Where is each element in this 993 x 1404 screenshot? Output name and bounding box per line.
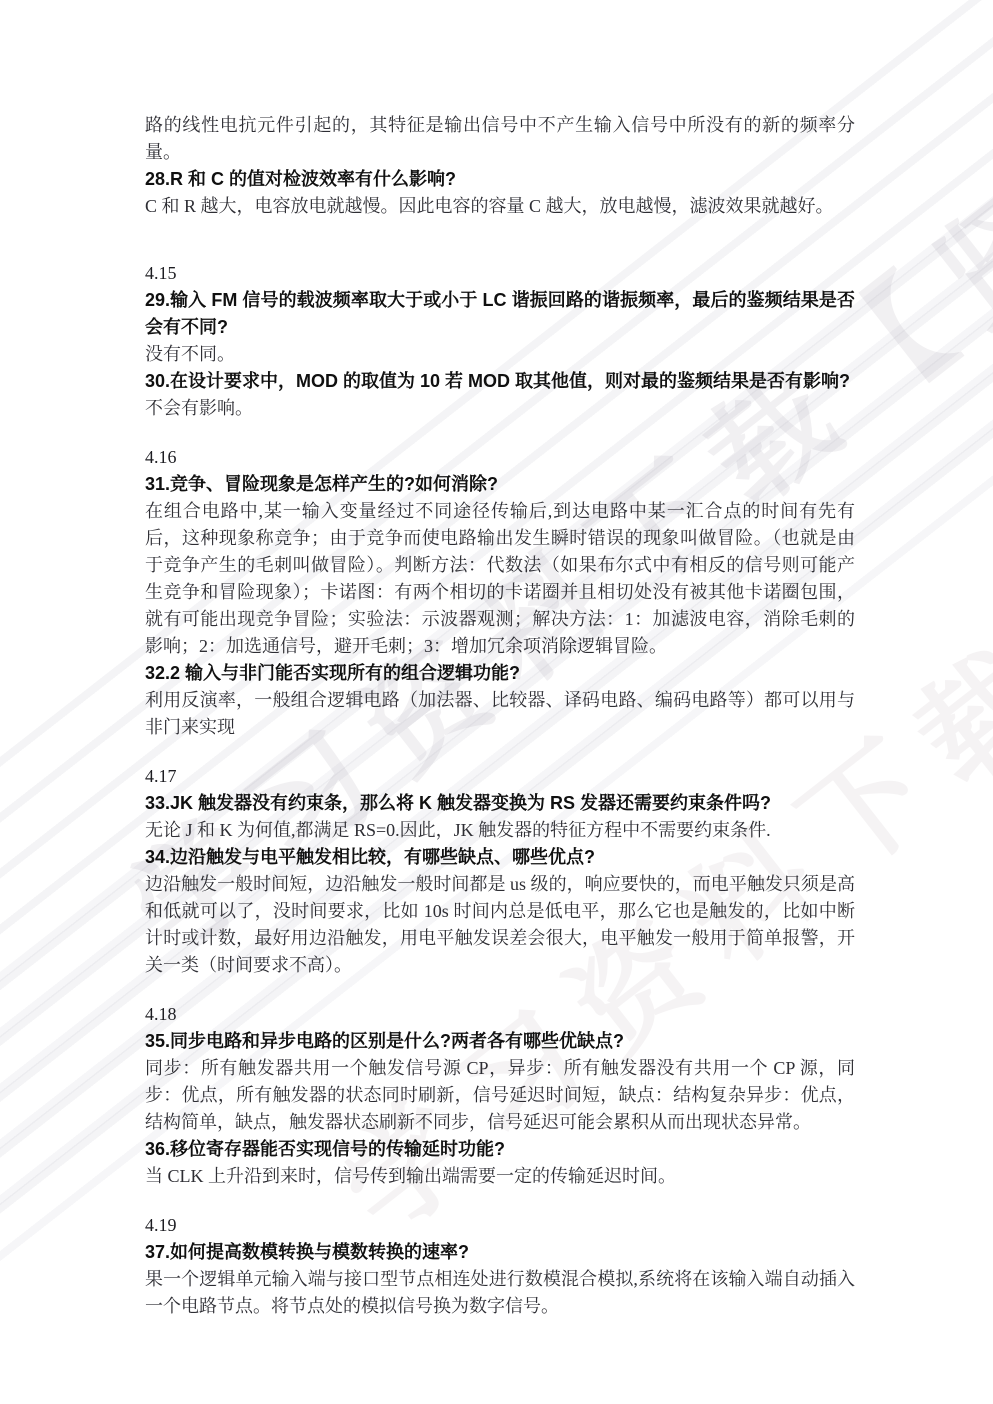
answer-paragraph: 没有不同。 bbox=[145, 341, 855, 368]
paragraph-intro: 路的线性电抗元件引起的，其特征是输出信号中不产生输入信号中所没有的新的频率分量。 bbox=[145, 112, 855, 166]
document-body: 路的线性电抗元件引起的，其特征是输出信号中不产生输入信号中所没有的新的频率分量。… bbox=[145, 112, 855, 1320]
answer-paragraph: 当 CLK 上升沿到来时，信号传到输出端需要一定的传输延迟时间。 bbox=[145, 1163, 855, 1190]
section-number: 4.17 bbox=[145, 763, 855, 790]
section-number: 4.16 bbox=[145, 444, 855, 471]
question-heading: 29.输入 FM 信号的载波频率取大于或小于 LC 谐振回路的谐振频率，最后的鉴… bbox=[145, 287, 855, 341]
question-heading: 35.同步电路和异步电路的区别是什么?两者各有哪些优缺点? bbox=[145, 1028, 855, 1055]
answer-paragraph: 同步：所有触发器共用一个触发信号源 CP，异步：所有触发器没有共用一个 CP 源… bbox=[145, 1055, 855, 1136]
question-heading: 36.移位寄存器能否实现信号的传输延时功能? bbox=[145, 1136, 855, 1163]
question-heading: 30.在设计要求中，MOD 的取值为 10 若 MOD 取其他值，则对最的鉴频结… bbox=[145, 368, 855, 395]
answer-paragraph: 利用反演率，一般组合逻辑电路（加法器、比较器、译码电路、编码电路等）都可以用与非… bbox=[145, 687, 855, 741]
answer-paragraph: 无论 J 和 K 为何值,都满足 RS=0.因此，JK 触发器的特征方程中不需要… bbox=[145, 817, 855, 844]
answer-paragraph: 边沿触发一般时间短，边沿触发一般时间都是 us 级的，响应要快的，而电平触发只须… bbox=[145, 871, 855, 979]
answer-paragraph: 在组合电路中,某一输入变量经过不同途径传输后,到达电路中某一汇合点的时间有先有后… bbox=[145, 498, 855, 660]
section-number: 4.19 bbox=[145, 1212, 855, 1239]
question-heading: 32.2 输入与非门能否实现所有的组合逻辑功能? bbox=[145, 660, 855, 687]
question-heading: 33.JK 触发器没有约束条，那么将 K 触发器变换为 RS 发器还需要约束条件… bbox=[145, 790, 855, 817]
section-4-15: 4.15 29.输入 FM 信号的载波频率取大于或小于 LC 谐振回路的谐振频率… bbox=[145, 260, 855, 422]
answer-paragraph: 果一个逻辑单元输入端与接口型节点相连处进行数模混合模拟,系统将在该输入端自动插入… bbox=[145, 1266, 855, 1320]
answer-paragraph: C 和 R 越大，电容放电就越慢。因此电容的容量 C 越大，放电越慢，滤波效果就… bbox=[145, 193, 855, 220]
section-4-18: 4.18 35.同步电路和异步电路的区别是什么?两者各有哪些优缺点? 同步：所有… bbox=[145, 1001, 855, 1190]
question-heading: 28.R 和 C 的值对检波效率有什么影响? bbox=[145, 166, 855, 193]
question-heading: 34.边沿触发与电平触发相比较，有哪些缺点、哪些优点? bbox=[145, 844, 855, 871]
section-number: 4.15 bbox=[145, 260, 855, 287]
section-4-17: 4.17 33.JK 触发器没有约束条，那么将 K 触发器变换为 RS 发器还需… bbox=[145, 763, 855, 979]
document-page: 学习资料下载【贤小科】 学习资料下载【贤小科】 路的线性电抗元件引起的，其特征是… bbox=[0, 0, 993, 1404]
answer-paragraph: 不会有影响。 bbox=[145, 395, 855, 422]
section-number: 4.18 bbox=[145, 1001, 855, 1028]
question-heading: 31.竞争、冒险现象是怎样产生的?如何消除? bbox=[145, 471, 855, 498]
section-4-16: 4.16 31.竞争、冒险现象是怎样产生的?如何消除? 在组合电路中,某一输入变… bbox=[145, 444, 855, 741]
section-4-19: 4.19 37.如何提高数模转换与模数转换的速率? 果一个逻辑单元输入端与接口型… bbox=[145, 1212, 855, 1320]
question-heading: 37.如何提高数模转换与模数转换的速率? bbox=[145, 1239, 855, 1266]
